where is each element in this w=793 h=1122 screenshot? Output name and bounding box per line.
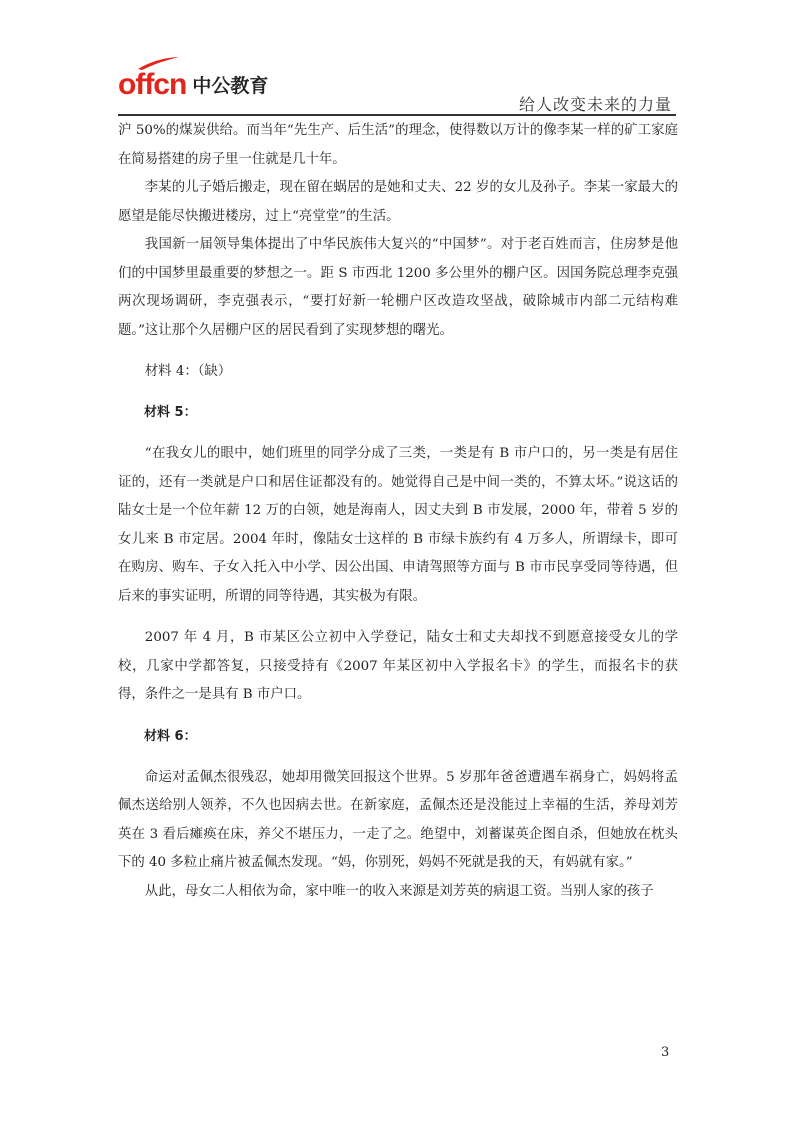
header-slogan: 给人改变未来的力量: [519, 92, 672, 115]
logo-latin-text: offcn: [118, 70, 186, 100]
paragraph-meng-peijie: 命运对孟佩杰很残忍，她却用微笑回报这个世界。5 岁那年爸爸遭遇车祸身亡，妈妈将孟…: [118, 764, 678, 878]
paragraph-school-registration: 2007 年 4 月，B 市某区公立初中入学登记，陆女士和丈夫却找不到愿意接受女…: [118, 624, 678, 710]
paragraph-china-dream: 我国新一届领导集体提出了中华民族伟大复兴的“中国梦”。对于老百姓而言，住房梦是他…: [118, 231, 678, 345]
logo-chinese-text: 中公教育: [192, 74, 268, 100]
offcn-logo: offcn 中公教育: [118, 64, 268, 100]
heading-material-6: 材料 6：: [118, 723, 678, 751]
paragraph-coal-supply: 沪 50%的煤炭供给。而当年“先生产、后生活”的理念，使得数以万计的像李某一样的…: [118, 117, 678, 174]
logo-swoosh-icon: [136, 56, 180, 70]
heading-material-4: 材料 4：（缺）: [118, 358, 678, 386]
paragraph-mother-daughter: 从此，母女二人相依为命，家中唯一的收入来源是刘芳英的病退工资。当别人家的孩子: [118, 878, 678, 907]
paragraph-lu-daughter: “在我女儿的眼中，她们班里的同学分成了三类，一类是有 B 市户口的，另一类是有居…: [118, 440, 678, 611]
page-number: 3: [661, 1045, 669, 1060]
header-divider: [118, 114, 676, 116]
heading-material-5: 材料 5：: [118, 399, 678, 427]
document-body: 沪 50%的煤炭供给。而当年“先生产、后生活”的理念，使得数以万计的像李某一样的…: [118, 117, 678, 906]
paragraph-li-family: 李某的儿子婚后搬走，现在留在蜗居的是她和丈夫、22 岁的女儿及孙子。李某一家最大…: [118, 174, 678, 231]
page-header: offcn 中公教育 给人改变未来的力量: [118, 62, 678, 114]
